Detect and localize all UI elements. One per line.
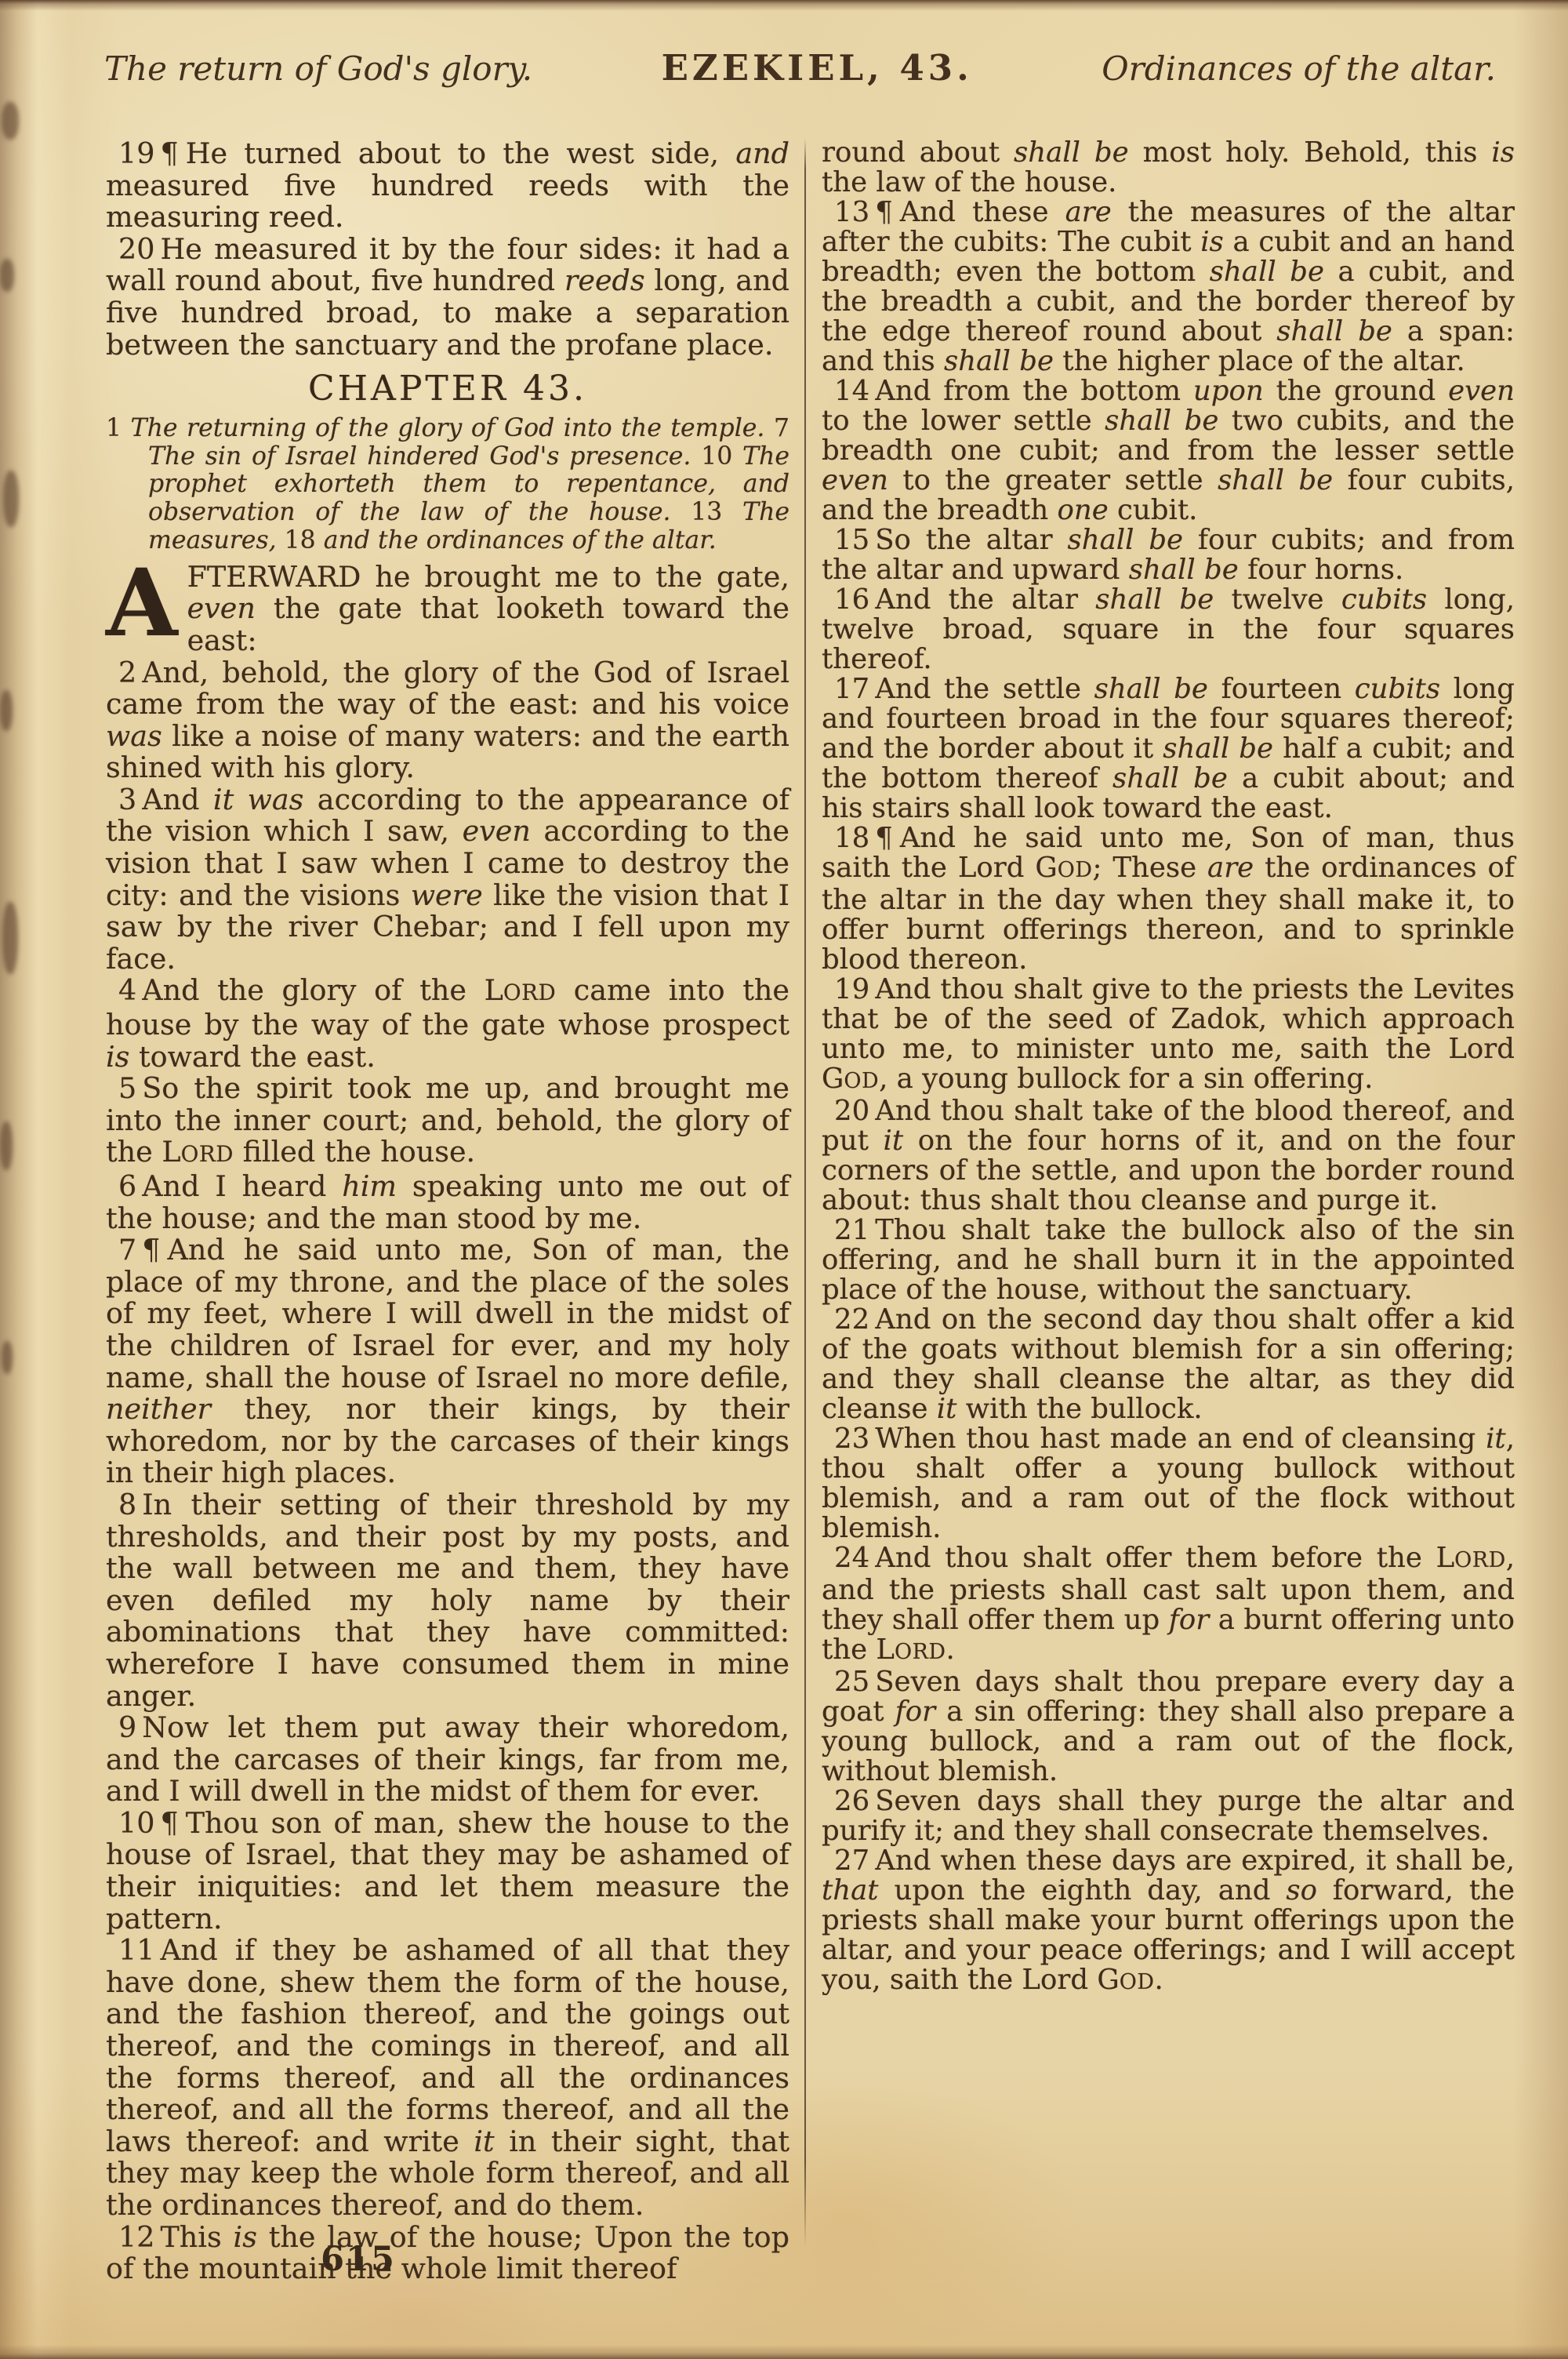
verse: 10¶Thou son of man, shew the house to th… [106,1808,789,1935]
verse-number: 7 [118,1233,136,1267]
verse-number: 24 [834,1542,869,1574]
running-head: The return of God's glory. EZEKIEL, 43. … [104,47,1496,89]
verse: 20He measured it by the four sides: it h… [106,234,789,361]
verse-number: 27 [834,1845,869,1877]
verse-number: 12 [118,2220,154,2254]
column-divider-rule [804,138,806,2248]
drop-cap: A [106,562,187,638]
page-number: 615 [311,2240,405,2279]
verse: 14And from the bottom upon the ground ev… [822,376,1515,525]
left-text-column: 19¶He turned about to the west side, and… [106,138,789,2285]
bible-page: The return of God's glory. EZEKIEL, 43. … [0,0,1568,2359]
running-head-left: The return of God's glory. [104,49,532,88]
gutter-bleed-mark [2,902,18,974]
verse-number: 6 [118,1169,136,1203]
pilcrow-mark: ¶ [875,196,893,228]
verse: 8In their setting of their threshold by … [106,1489,789,1712]
verse-number: 22 [834,1303,869,1336]
verse: 23When thou hast made an end of cleansin… [822,1424,1515,1543]
verse-number: 2 [118,656,136,689]
verse: 12This is the law of the house; Upon the… [106,2222,789,2285]
verse-number: 4 [118,973,136,1007]
running-head-right: Ordinances of the altar. [1102,49,1496,88]
verse: 13¶And these are the measures of the alt… [822,198,1515,376]
gutter-bleed-mark [2,102,19,140]
pilcrow-mark: ¶ [160,136,178,170]
verse: 24And thou shalt offer them before the L… [822,1543,1515,1667]
chapter-heading: CHAPTER 43. [106,373,789,405]
verse-number: 21 [834,1214,869,1246]
verse: 2And, behold, the glory of the God of Is… [106,657,789,784]
verse-number: 14 [834,375,869,407]
gutter-bleed-mark [3,471,19,527]
verse-number: 19 [834,973,869,1005]
verse-number: 23 [834,1423,869,1455]
verse-number: 20 [118,232,154,266]
verse-number: 25 [834,1666,869,1698]
verse-number: 17 [834,673,869,705]
verse: 22And on the second day thou shalt offer… [822,1305,1515,1424]
verse: 4And the glory of the LORD came into the… [106,975,789,1073]
verse: 21Thou shalt take the bullock also of th… [822,1216,1515,1305]
verse: 9Now let them put away their whoredom, a… [106,1712,789,1808]
chapter-summary: 1 The returning of the glory of God into… [106,415,789,555]
verse-number: 11 [118,1933,154,1967]
verse-number: 10 [118,1806,154,1840]
verse: 16And the altar shall be twelve cubits l… [822,585,1515,674]
verse: 17And the settle shall be fourteen cubit… [822,674,1515,823]
verse-number: 18 [834,822,869,854]
verse: 7¶And he said unto me, Son of man, the p… [106,1234,789,1489]
verse-number: 5 [118,1071,136,1105]
verse: 27And when these days are expired, it sh… [822,1846,1515,1997]
verse: 25Seven days shalt thou prepare every da… [822,1667,1515,1787]
verse-number: 13 [834,196,869,228]
verse: 18¶And he said unto me, Son of man, thus… [822,823,1515,975]
right-text-column: round about shall be most holy. Behold, … [822,138,1515,1997]
verse: 5So the spirit took me up, and brought m… [106,1073,789,1171]
verse: 3And it was according to the appearance … [106,784,789,976]
verse: 26Seven days shall they purge the altar … [822,1787,1515,1846]
verse-number: 26 [834,1785,869,1817]
verse: 19And thou shalt give to the priests the… [822,975,1515,1096]
verse-number: 3 [118,783,136,816]
verse-number: 20 [834,1095,869,1127]
gutter-bleed-mark [2,1341,13,1374]
verse: 20And thou shalt take of the blood there… [822,1096,1515,1216]
pilcrow-mark: ¶ [875,822,893,854]
running-head-book-chapter: EZEKIEL, 43. [662,47,973,89]
verse: 6And I heard him speaking unto me out of… [106,1171,789,1234]
verse-number: 16 [834,583,869,616]
pilcrow-mark: ¶ [160,1806,178,1840]
verse: 19¶He turned about to the west side, and… [106,138,789,234]
verse-number: 8 [118,1488,136,1521]
verse-continuation: round about shall be most holy. Behold, … [822,138,1515,198]
verse: 15So the altar shall be four cubits; and… [822,525,1515,585]
verse-number: 15 [834,524,869,556]
verse: 11And if they be ashamed of all that the… [106,1935,789,2221]
verse-number: 19 [118,136,154,170]
gutter-bleed-mark [0,690,13,731]
gutter-bleed-mark [0,1121,13,1170]
verse-number: 9 [118,1710,136,1744]
gutter-bleed-mark [0,259,14,292]
pilcrow-mark: ¶ [142,1233,160,1267]
verse: AFTERWARD he brought me to the gate, eve… [106,562,789,657]
